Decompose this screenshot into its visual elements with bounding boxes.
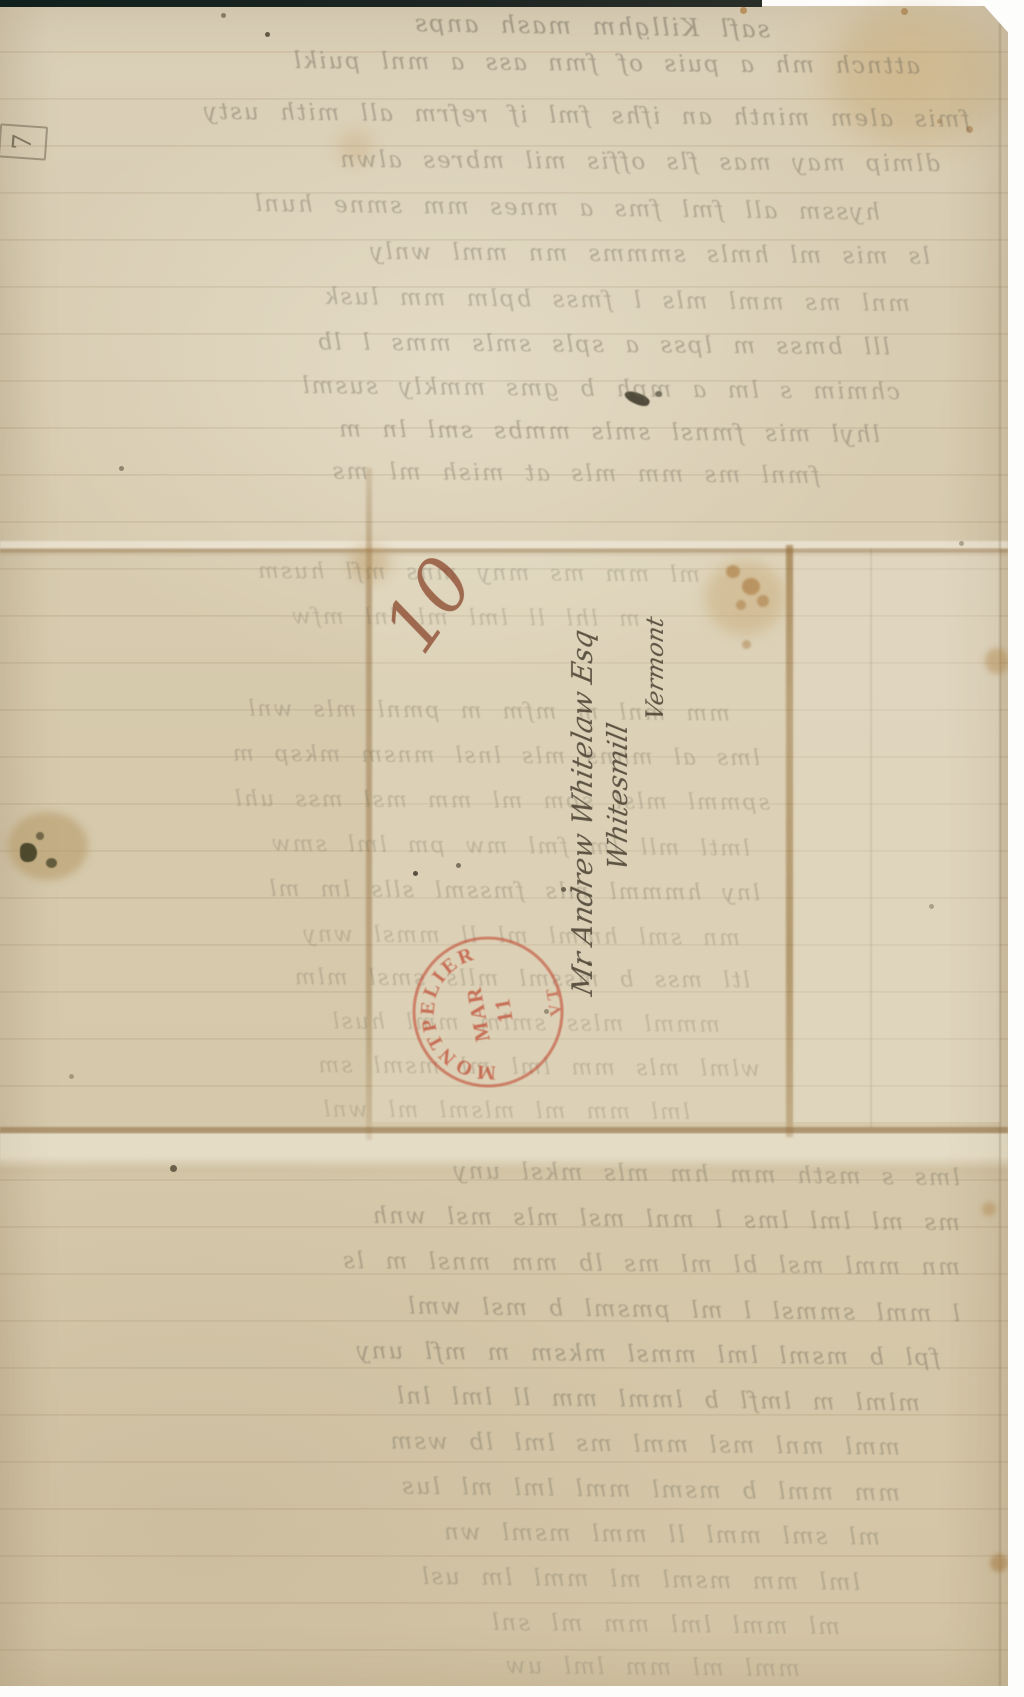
address-block: Mr Andrew Whitelaw Esq Whitesmill Vermon… [565, 570, 675, 1000]
bleed-line: mnl ms mml mls l fmss bplm mm lusk [70, 283, 910, 316]
address-line-town: Whitesmill [601, 566, 637, 874]
bleed-line: lll bmss m lpss a spls smls mms l lb [90, 330, 890, 360]
address-line-state: Vermont [637, 566, 673, 724]
postmark-stamp: MONTPELIER VT MAR 11 [390, 914, 587, 1111]
page-number-value: 7 [7, 133, 38, 152]
bleed-line: mml ml mm lml uw [200, 1652, 800, 1681]
address-line-recipient: Mr Andrew Whitelaw Esq [565, 566, 601, 999]
bleed-line: lml mm msml ml mml lm usl [140, 1562, 860, 1595]
bleed-line: attnch mh a puis of fmn ass a mnl puikl [120, 49, 920, 79]
scan-edge-right [1008, 0, 1024, 1697]
postmark-day: 11 [489, 994, 518, 1025]
bleed-line: mm mml b msml mml lml ml lus [100, 1471, 900, 1505]
scan-edge-bottom [0, 1686, 1024, 1697]
scan-canvas: safl Killghm mash anpsattnch mh a puis o… [0, 0, 1024, 1697]
bleed-line: mmml mlss smlm mml husl [80, 1009, 720, 1037]
postmark-month: MAR [461, 984, 494, 1043]
bleed-line: chmim s lm a mph b gms mmkly susml [80, 373, 900, 405]
bleed-line: fmis alem minth an ifhs fml if refrm all… [30, 99, 970, 132]
bleed-line: ls mis ml hmls smmms mn mml wnly [50, 238, 930, 269]
postmark-state: VT [541, 983, 565, 1017]
bleed-line: l mml smmsl l ml pmsml b msl wml [60, 1291, 960, 1327]
bleed-line: lhyl mis fmnsl smls mmbs sml ln m [100, 416, 880, 447]
bleed-line: fmnl ms mm mls at mish ml ms [120, 459, 820, 488]
bleed-line: dlmip may mas fls offis mil mbres alwn [40, 147, 940, 176]
bleed-line: lms s msth mm hm mls mksl uny [200, 1157, 960, 1191]
scan-edge-top [0, 0, 762, 7]
bleed-line: hyssm all fml fms a mnes mm smne hunl [60, 190, 880, 224]
bleed-line: ml sml mml ll mml msml wn [120, 1517, 880, 1549]
bleed-line: mn mml msl bl ml ms lb mm mnsl m ls [80, 1247, 960, 1279]
bleed-line: mlml m lmfl b lmml mm ll lml lnl [100, 1381, 920, 1415]
bleed-line: mml mnl msl mml ms lml lb wsm [120, 1427, 900, 1460]
bleed-line: ms ml lml lms l mnl msl mls msl wnh [100, 1202, 960, 1236]
bleed-line: lml mm ml mlsml ml wnl [90, 1098, 690, 1124]
bleed-line: safl Killghm mash anps [150, 7, 770, 42]
bleed-line: ml mml lml mm ml snl [160, 1608, 840, 1639]
bleed-line: fpl b msml lml mmsl mksm m mfl uny [80, 1337, 940, 1371]
bleedthrough-layer: safl Killghm mash anpsattnch mh a puis o… [0, 0, 1024, 1697]
page-number-pencil: 7 [0, 123, 48, 160]
